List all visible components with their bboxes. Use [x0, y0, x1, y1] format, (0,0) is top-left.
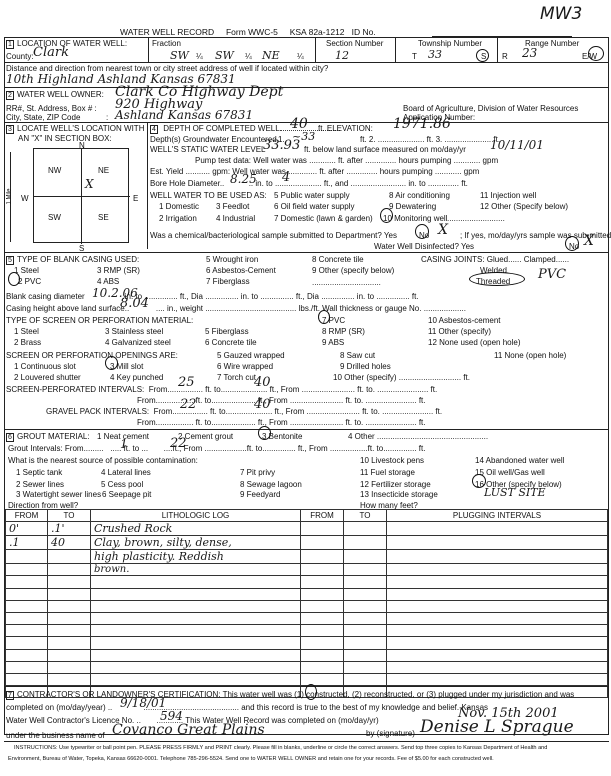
cell-plug-to[interactable] [344, 600, 387, 612]
table-row [6, 588, 608, 600]
cell-from[interactable] [6, 649, 48, 661]
use-option[interactable]: 12 Other (Specify below) [480, 202, 568, 211]
table-row: high plasticity. Reddish [6, 550, 608, 564]
cell-from[interactable] [6, 588, 48, 600]
contam-option[interactable]: 4 Lateral lines [101, 468, 151, 477]
cell-from[interactable]: .1 [6, 536, 48, 550]
opening-option[interactable]: 4 Key punched [110, 373, 163, 382]
west-label: W [21, 194, 29, 203]
screen-interval-label: SCREEN-PERFORATED INTERVALS: From.......… [6, 385, 437, 394]
cell-log[interactable]: Clay, brown, silty, dense, [91, 536, 301, 550]
casing-option[interactable]: 6 Asbestos-Cement [206, 266, 276, 275]
cell-plugging[interactable] [387, 673, 608, 685]
location-mark: X [85, 177, 94, 191]
contam-other-value[interactable]: LUST SITE [484, 486, 546, 499]
circle-mark [380, 208, 393, 223]
signature-label: by (signature) [366, 729, 415, 738]
use-option[interactable]: 4 Industrial [216, 214, 255, 223]
gw-field-2: ft. 2. ..................... ft. 3. ....… [360, 135, 500, 144]
section-number-label: Section Number [326, 39, 383, 48]
section-box[interactable]: NW NE SW SE X [33, 148, 129, 243]
contam-option[interactable]: 11 Fuel storage [360, 468, 415, 477]
screen-option[interactable]: 5 Fiberglass [205, 327, 249, 336]
table-row [6, 661, 608, 673]
cell-to[interactable] [48, 612, 91, 624]
circle-mark [258, 426, 271, 440]
diameter-label: Blank casing diameter .in. to ..........… [6, 292, 419, 301]
quadrant-ne: NE [98, 166, 109, 175]
use-option[interactable]: 5 Public water supply [274, 191, 350, 200]
cell-from[interactable] [6, 661, 48, 673]
table-row [6, 600, 608, 612]
city-value[interactable]: Ashland Kansas 67831 [115, 108, 253, 122]
column-plug-from: FROM [301, 510, 344, 522]
circle-mark [565, 236, 579, 251]
height-value[interactable]: 8.04 [120, 296, 149, 311]
cell-plugging[interactable] [387, 588, 608, 600]
cell-to[interactable] [48, 637, 91, 649]
gravel-interval-row2: From................. ft. to............… [137, 418, 426, 427]
use-option[interactable]: 3 Feedlot [216, 202, 249, 211]
cell-plug-from[interactable] [301, 564, 344, 576]
fraction-label: Fraction [152, 39, 181, 48]
screen-option[interactable]: 9 ABS [322, 338, 344, 347]
circle-mark [588, 46, 604, 61]
opening-option[interactable]: 9 Drilled holes [340, 362, 391, 371]
cell-to[interactable]: .1' [48, 522, 91, 536]
screen-option[interactable]: 3 Stainless steel [105, 327, 163, 336]
cell-to[interactable] [48, 576, 91, 588]
screen-from-value[interactable]: 25 [178, 375, 195, 390]
circle-mark [476, 49, 489, 62]
cell-from[interactable] [6, 637, 48, 649]
use-option[interactable]: 6 Oil field water supply [274, 202, 354, 211]
static-level-value[interactable]: 33.93 [263, 138, 300, 153]
section3-subtitle: AN "X" IN SECTION BOX: [18, 134, 112, 143]
cell-plug-from[interactable] [301, 673, 344, 685]
cell-from[interactable] [6, 673, 48, 685]
table-row [6, 612, 608, 624]
cell-log[interactable] [91, 637, 301, 649]
static-level-label: WELL'S STATIC WATER LEVEL [150, 145, 265, 154]
static-suffix: ft. below land surface measured on mo/da… [304, 145, 466, 154]
column-plugging-intervals: PLUGGING INTERVALS [387, 510, 608, 522]
grout-option[interactable]: 4 Other ................................… [348, 432, 488, 441]
opening-option[interactable]: 8 Saw cut [340, 351, 375, 360]
use-option[interactable]: 1 Domestic [159, 202, 199, 211]
completed-label: completed on (mo/day/year) .. ..........… [6, 703, 488, 712]
opening-option[interactable]: 2 Louvered shutter [14, 373, 81, 382]
circle-mark [105, 356, 118, 370]
cell-plug-to[interactable] [344, 637, 387, 649]
cell-plug-to[interactable] [344, 661, 387, 673]
casing-option[interactable]: 3 RMP (SR) [97, 266, 140, 275]
cell-plug-to[interactable] [344, 649, 387, 661]
cell-plug-from[interactable] [301, 550, 344, 564]
ksa-ref: KSA 82a-1212 [290, 27, 345, 37]
joints-label: CASING JOINTS: Glued...... Clamped...... [421, 255, 569, 264]
grout-interval-label: Grout Intervals: From......... ..... ft.… [8, 444, 425, 453]
cell-plugging[interactable] [387, 637, 608, 649]
cell-plugging[interactable] [387, 564, 608, 576]
table-header-row: FROM TO LITHOLOGIC LOG FROM TO PLUGGING … [6, 510, 608, 522]
corner-note: MW3 [540, 4, 582, 24]
table-row [6, 649, 608, 661]
id-label: ID No. [352, 27, 376, 37]
instructions-line-1: INSTRUCTIONS: Use typewriter or ball poi… [14, 744, 547, 752]
contam-option[interactable]: 3 Watertight sewer lines [16, 490, 101, 499]
contam-option[interactable]: 12 Fertilizer storage [360, 480, 431, 489]
pump-label: Pump test data: Well water was .........… [195, 156, 498, 165]
screen-option[interactable]: 12 None used (open hole) [428, 338, 521, 347]
casing-option[interactable]: 8 Concrete tile [312, 255, 364, 264]
board-label: Board of Agriculture, Division of Water … [403, 104, 578, 113]
cell-to[interactable] [48, 625, 91, 637]
opening-option[interactable]: 10 Other (specify) .....................… [333, 373, 470, 382]
contam-option[interactable]: 6 Seepage pit [102, 490, 151, 499]
table-row: brown. [6, 564, 608, 576]
height-label: Casing height above land surface.. .... … [6, 304, 466, 313]
dots: ............................... [312, 278, 381, 287]
cell-plug-from[interactable] [301, 637, 344, 649]
cell-log[interactable] [91, 673, 301, 685]
cell-log[interactable]: brown. [91, 564, 301, 576]
colon: : [106, 113, 108, 122]
casing-option[interactable]: 7 Fiberglass [206, 277, 250, 286]
cell-log[interactable]: Crushed Rock [91, 522, 301, 536]
cell-log[interactable] [91, 661, 301, 673]
cell-plug-from[interactable] [301, 522, 344, 536]
cell-to[interactable] [48, 564, 91, 576]
casing-option[interactable]: 5 Wrought iron [206, 255, 258, 264]
form-title: WATER WELL RECORD [120, 27, 214, 37]
contam-option[interactable]: 14 Abandoned water well [475, 456, 564, 465]
fraction-3[interactable]: NE [262, 49, 280, 62]
grout-label: 6GROUT MATERIAL: [6, 432, 90, 442]
cell-plug-from[interactable] [301, 612, 344, 624]
east-label: E [133, 194, 138, 203]
bore-diameter-value[interactable]: 8.25 [230, 172, 257, 186]
form-header: WATER WELL RECORD Form WWC-5 KSA 82a-121… [120, 28, 376, 37]
screen-option[interactable]: 11 Other (specify) [428, 327, 491, 336]
opening-option[interactable]: 6 Wire wrapped [217, 362, 273, 371]
cell-from[interactable] [6, 625, 48, 637]
cell-log[interactable] [91, 625, 301, 637]
openings-label: SCREEN OR PERFORATION OPENINGS ARE: [6, 351, 178, 360]
cell-log[interactable] [91, 588, 301, 600]
groundwater-label: Depth(s) Groundwater Encountered [150, 135, 277, 144]
cell-log[interactable]: high plasticity. Reddish [91, 550, 301, 564]
cell-from[interactable] [6, 564, 48, 576]
section-number-value[interactable]: 12 [335, 49, 349, 62]
joint-note[interactable]: PVC [538, 267, 566, 282]
casing-option-selected[interactable]: 2 PVC [18, 277, 41, 286]
check-mark: X [438, 222, 448, 238]
table-row [6, 637, 608, 649]
casing-option[interactable]: 4 ABS [97, 277, 119, 286]
signature-value[interactable]: Denise L Sprague [420, 717, 574, 737]
cell-from[interactable] [6, 612, 48, 624]
quadrant-sw: SW [48, 213, 61, 222]
column-plug-to: TO [344, 510, 387, 522]
township-prefix: T [412, 52, 417, 61]
cell-from[interactable]: 0' [6, 522, 48, 536]
contam-option[interactable]: 15 Oil well/Gas well [475, 468, 545, 477]
range-value[interactable]: 23 [522, 46, 537, 60]
static-date-value[interactable]: 10/11/01 [490, 138, 544, 152]
elevation-label: ft. ELEVATION: [318, 124, 373, 133]
casing-label: 5TYPE OF BLANK CASING USED: [6, 255, 139, 265]
screen-option[interactable]: 1 Steel [14, 327, 39, 336]
cell-plugging[interactable] [387, 625, 608, 637]
contam-option[interactable]: 13 Insecticide storage [360, 490, 438, 499]
cell-plug-to[interactable] [344, 564, 387, 576]
column-lithologic-log: LITHOLOGIC LOG [91, 510, 301, 522]
screen-to-value[interactable]: 40 [254, 375, 271, 390]
range-prefix: R [502, 52, 508, 61]
cell-to[interactable] [48, 649, 91, 661]
casing-option[interactable]: 9 Other (specify below) [312, 266, 394, 275]
cell-plug-from[interactable] [301, 625, 344, 637]
section3-title: 3LOCATE WELL'S LOCATION WITH [6, 124, 144, 134]
form-number: Form WWC-5 [226, 27, 278, 37]
use-option[interactable]: 2 Irrigation [159, 214, 197, 223]
dots: .......................... [447, 214, 505, 223]
cell-plug-to[interactable] [344, 550, 387, 564]
cell-plugging[interactable] [387, 536, 608, 550]
quarter-symbol: ¼ [297, 52, 304, 61]
cell-plug-to[interactable] [344, 522, 387, 536]
contam-option[interactable]: 8 Sewage lagoon [240, 480, 302, 489]
gravel-interval-label: GRAVEL PACK INTERVALS: From.............… [46, 407, 442, 416]
table-row [6, 673, 608, 685]
cell-plug-from[interactable] [301, 588, 344, 600]
cell-from[interactable] [6, 600, 48, 612]
screen-option[interactable]: 4 Galvanized steel [105, 338, 171, 347]
cell-plug-from[interactable] [301, 576, 344, 588]
screen-option[interactable]: 8 RMP (SR) [322, 327, 365, 336]
screen-option[interactable]: 2 Brass [14, 338, 41, 347]
cell-log[interactable] [91, 600, 301, 612]
contam-option[interactable]: 7 Pit privy [240, 468, 275, 477]
cell-to[interactable] [48, 588, 91, 600]
cell-plug-to[interactable] [344, 673, 387, 685]
table-row [6, 625, 608, 637]
grout-from-value[interactable]: 1 [120, 437, 128, 451]
business-value[interactable]: Covanco Great Plains [112, 722, 265, 738]
cell-log[interactable] [91, 576, 301, 588]
check-mark: X [584, 233, 594, 249]
instructions-line-2: Environment, Bureau of Water, Topeka, Ka… [8, 755, 494, 763]
township-value[interactable]: 33 [428, 48, 442, 61]
cell-from[interactable] [6, 550, 48, 564]
cell-plug-to[interactable] [344, 576, 387, 588]
city-label: City, State, ZIP Code [6, 113, 80, 122]
business-label: under the business name of [6, 731, 105, 740]
cell-plugging[interactable] [387, 550, 608, 564]
township-label: Township Number [418, 39, 482, 48]
contam-option[interactable]: 5 Cess pool [101, 480, 143, 489]
address-label: RR#, St. Address, Box # : [6, 104, 97, 113]
table-row: 0'.1'Crushed Rock [6, 522, 608, 536]
licence-value[interactable]: 594 [160, 709, 183, 723]
cell-to[interactable] [48, 661, 91, 673]
fraction-2[interactable]: SW [215, 49, 234, 62]
yield-label: Est. Yield ........... gpm: Well water w… [150, 167, 479, 176]
screen-material-label: TYPE OF SCREEN OR PERFORATION MATERIAL: [6, 316, 193, 325]
cell-plug-to[interactable] [344, 612, 387, 624]
cell-to[interactable] [48, 600, 91, 612]
column-from: FROM [6, 510, 48, 522]
screen-option[interactable]: 10 Asbestos-cement [428, 316, 500, 325]
certification-text: 7CONTRACTOR'S OR LANDOWNER'S CERTIFICATI… [6, 690, 574, 700]
contam-option[interactable]: 10 Livestock pens [360, 456, 424, 465]
completed-date-value[interactable]: 9/18/01 [120, 696, 166, 710]
opening-option[interactable]: 1 Continuous slot [14, 362, 76, 371]
circle-mark [305, 684, 317, 700]
quarter-symbol: ¼ [245, 52, 252, 61]
bore-to-value[interactable]: 4 [282, 170, 290, 185]
elevation-value[interactable]: 1971.86 [393, 116, 451, 132]
use-option[interactable]: 7 Domestic (lawn & garden) [274, 214, 373, 223]
cell-plug-from[interactable] [301, 661, 344, 673]
contam-option[interactable]: 9 Feedyard [240, 490, 280, 499]
gravel-from-value[interactable]: 22 [180, 397, 197, 412]
water-use-label: WELL WATER TO BE USED AS: [150, 191, 267, 200]
bore-label: Bore Hole Diameter.. .. in. to .........… [150, 179, 468, 188]
opening-option[interactable]: 5 Gauzed wrapped [217, 351, 285, 360]
cell-plug-to[interactable] [344, 588, 387, 600]
cell-from[interactable] [6, 576, 48, 588]
cell-plug-to[interactable] [344, 536, 387, 550]
county-label: County: [6, 52, 34, 61]
circle-mark [318, 310, 330, 324]
gravel-to-value[interactable]: 40 [254, 397, 271, 412]
cell-log[interactable] [91, 649, 301, 661]
mile-label: 1 Mile [6, 188, 15, 204]
cell-plugging[interactable] [387, 612, 608, 624]
grout-to-value[interactable]: 22 [170, 436, 187, 451]
cell-plugging[interactable] [387, 661, 608, 673]
disinfected-question: Water Well Disinfected? Yes [374, 242, 474, 251]
quadrant-se: SE [98, 213, 109, 222]
north-label: N [79, 141, 85, 150]
fraction-1[interactable]: SW [170, 49, 189, 62]
circle-mark [469, 272, 525, 286]
cell-plug-to[interactable] [344, 625, 387, 637]
cell-plugging[interactable] [387, 600, 608, 612]
quarter-symbol: ¼ [196, 52, 203, 61]
cell-plugging[interactable] [387, 576, 608, 588]
cell-to[interactable]: 40 [48, 536, 91, 550]
circle-mark [415, 224, 429, 239]
cell-plug-from[interactable] [301, 649, 344, 661]
contamination-label: What is the nearest source of possible c… [8, 456, 198, 465]
lithologic-log-table: FROM TO LITHOLOGIC LOG FROM TO PLUGGING … [5, 509, 608, 698]
cell-plug-from[interactable] [301, 536, 344, 550]
contam-option[interactable]: 1 Septic tank [16, 468, 62, 477]
owner-label: 2WATER WELL OWNER: [6, 90, 104, 100]
cell-plugging[interactable] [387, 649, 608, 661]
sample-question: Was a chemical/bacteriological sample su… [150, 231, 397, 240]
cell-to[interactable] [48, 550, 91, 564]
circle-mark [8, 272, 20, 286]
table-row [6, 576, 608, 588]
use-option[interactable]: 9 Dewatering [389, 202, 436, 211]
cell-log[interactable] [91, 612, 301, 624]
screen-option[interactable]: 6 Concrete tile [205, 338, 257, 347]
county-value[interactable]: Clark [33, 45, 69, 60]
cell-to[interactable] [48, 673, 91, 685]
contam-option[interactable]: 2 Sewer lines [16, 480, 64, 489]
column-to: TO [48, 510, 91, 522]
use-option[interactable]: 8 Air conditioning [389, 191, 450, 200]
cell-plugging[interactable] [387, 522, 608, 536]
use-option[interactable]: 11 Injection well [480, 191, 536, 200]
table-row: .140Clay, brown, silty, dense, [6, 536, 608, 550]
opening-option[interactable]: 11 None (open hole) [494, 351, 566, 360]
opening-option[interactable]: 7 Torch cut [217, 373, 256, 382]
quadrant-nw: NW [48, 166, 61, 175]
cell-plug-from[interactable] [301, 600, 344, 612]
